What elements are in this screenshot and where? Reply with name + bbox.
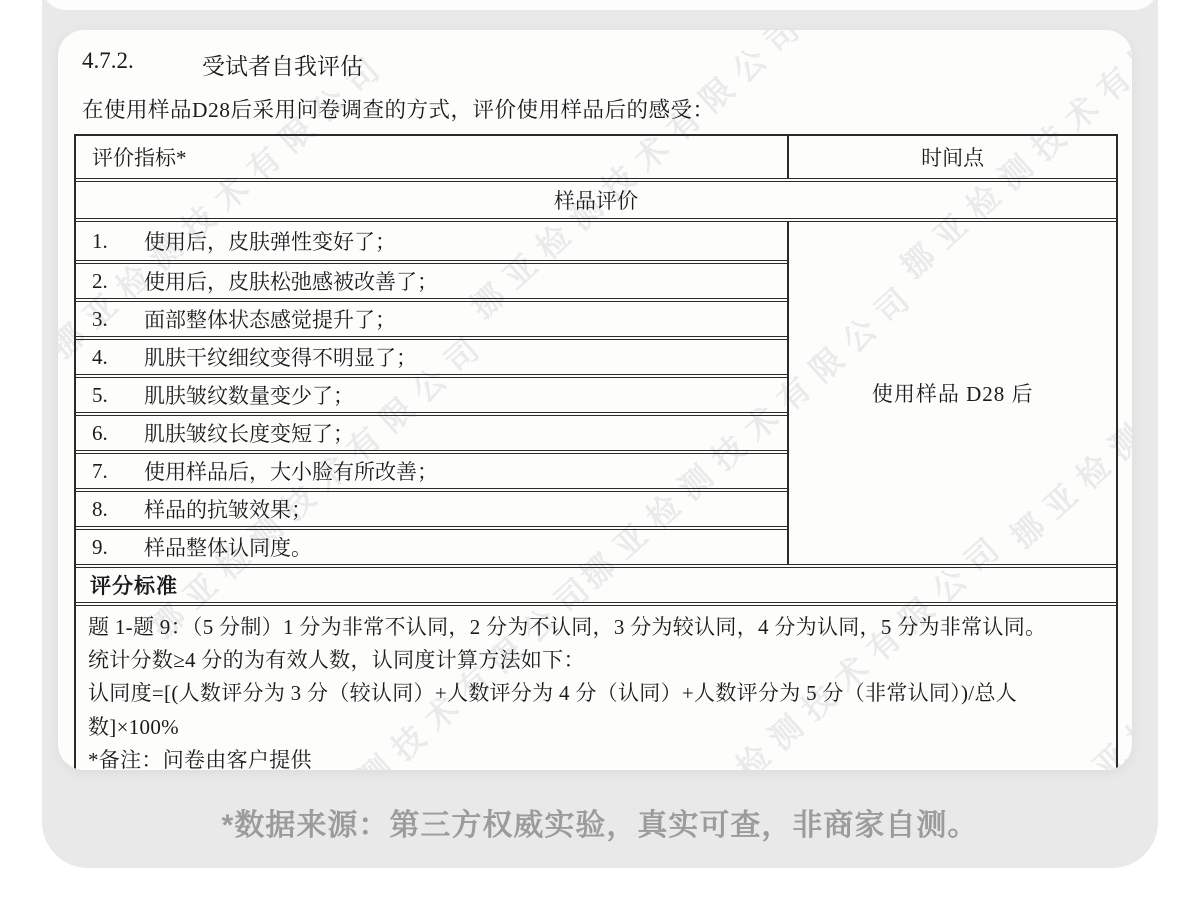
table-header-row: 评价指标* 时间点: [76, 136, 1116, 178]
scoring-title: 评分标准: [76, 564, 1116, 602]
item-text: 面部整体状态感觉提升了；: [144, 304, 396, 334]
previous-card-remnant: [42, 0, 1158, 10]
intro-text: 在使用样品D28后采用问卷调查的方式，评价使用样品后的感受：: [82, 93, 1116, 124]
item-number: 7.: [92, 459, 144, 484]
scoring-line: 认同度=[(人数评分为 3 分（较认同）+人数评分为 4 分（认同）+人数评分为…: [88, 677, 1104, 743]
col-header-timepoint: 时间点: [787, 136, 1116, 178]
evaluation-table: 评价指标* 时间点 样品评价 1. 使用后，皮肤弹性变好了； 2. 使用后，皮肤…: [74, 134, 1118, 770]
section-title: 受试者自我评估: [202, 48, 363, 81]
item-text: 样品的抗皱效果；: [144, 494, 312, 524]
item-text: 肌肤干纹细纹变得不明显了；: [144, 342, 417, 372]
table-body: 1. 使用后，皮肤弹性变好了； 2. 使用后，皮肤松弛感被改善了； 3. 面部整…: [76, 218, 1116, 564]
document-content: 4.7.2. 受试者自我评估 在使用样品D28后采用问卷调查的方式，评价使用样品…: [58, 30, 1132, 770]
item-number: 5.: [92, 383, 144, 408]
scoring-block: 题 1-题 9：（5 分制）1 分为非常不认同，2 分为不认同，3 分为较认同，…: [76, 602, 1116, 770]
item-text: 使用后，皮肤松弛感被改善了；: [144, 266, 438, 296]
scoring-line: 题 1-题 9：（5 分制）1 分为非常不认同，2 分为不认同，3 分为较认同，…: [88, 611, 1104, 644]
table-row: 4. 肌肤干纹细纹变得不明显了；: [76, 336, 787, 374]
item-text: 肌肤皱纹长度变短了；: [144, 418, 354, 448]
scoring-line: 统计分数≥4 分的为有效人数，认同度计算方法如下：: [88, 644, 1104, 677]
report-card: 挪亚检测技术有限公司 挪亚检测技术有限公司 挪亚检测技术有限公司 挪亚检测技术有…: [58, 30, 1132, 770]
item-number: 1.: [92, 229, 144, 254]
table-row: 9. 样品整体认同度。: [76, 526, 787, 564]
table-row: 1. 使用后，皮肤弹性变好了；: [76, 222, 787, 260]
table-row: 2. 使用后，皮肤松弛感被改善了；: [76, 260, 787, 298]
table-row: 6. 肌肤皱纹长度变短了；: [76, 412, 787, 450]
item-number: 6.: [92, 421, 144, 446]
item-number: 3.: [92, 307, 144, 332]
item-text: 肌肤皱纹数量变少了；: [144, 380, 354, 410]
table-row: 7. 使用样品后，大小脸有所改善；: [76, 450, 787, 488]
item-number: 2.: [92, 269, 144, 294]
page: 挪亚检测技术有限公司 挪亚检测技术有限公司 挪亚检测技术有限公司 挪亚检测技术有…: [0, 0, 1200, 920]
section-heading: 4.7.2. 受试者自我评估: [82, 48, 1116, 81]
indicator-list: 1. 使用后，皮肤弹性变好了； 2. 使用后，皮肤松弛感被改善了； 3. 面部整…: [76, 222, 787, 564]
section-number: 4.7.2.: [82, 48, 202, 81]
table-row: 8. 样品的抗皱效果；: [76, 488, 787, 526]
item-text: 样品整体认同度。: [144, 532, 312, 562]
timepoint-cell: 使用样品 D28 后: [787, 222, 1116, 564]
item-number: 9.: [92, 535, 144, 560]
item-text: 使用后，皮肤弹性变好了；: [144, 226, 396, 256]
item-text: 使用样品后，大小脸有所改善；: [144, 456, 438, 486]
table-subheader: 样品评价: [76, 178, 1116, 218]
table-row: 3. 面部整体状态感觉提升了；: [76, 298, 787, 336]
item-number: 4.: [92, 345, 144, 370]
item-number: 8.: [92, 497, 144, 522]
scoring-line: *备注：问卷由客户提供: [88, 744, 1104, 770]
table-row: 5. 肌肤皱纹数量变少了；: [76, 374, 787, 412]
data-source-note: *数据来源：第三方权威实验，真实可查，非商家自测。: [0, 800, 1200, 844]
col-header-indicator: 评价指标*: [76, 136, 787, 178]
